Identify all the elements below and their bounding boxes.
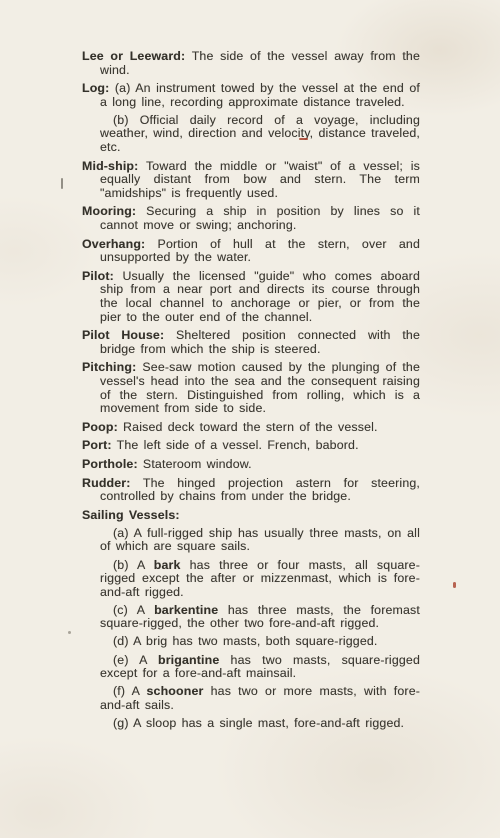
glossary-term: Pilot: [82, 269, 114, 283]
glossary-sub-item: (b) A bark has three or four masts, all … [100, 559, 420, 600]
glossary-entry: Mooring: Securing a ship in position by … [82, 205, 420, 232]
glossary-term: Sailing Vessels: [82, 508, 180, 522]
glossary-definition: Stateroom window. [138, 457, 252, 471]
glossary-definition: Toward the middle or "waist" of a vessel… [100, 159, 420, 200]
glossary-entry-lead: Mid-ship: Toward the middle or "waist" o… [100, 160, 420, 201]
glossary-term: Mooring: [82, 204, 136, 218]
glossary-entry-lead: Log: (a) An instrument towed by the vess… [100, 82, 420, 109]
glossary-entry-lead: Port: The left side of a vessel. French,… [100, 439, 420, 453]
glossary-term: Port: [82, 438, 112, 452]
glossary-entry: Sailing Vessels: (a) A full-rigged ship … [82, 509, 420, 731]
glossary-entry: Overhang: Portion of hull at the stern, … [82, 238, 420, 265]
ink-dot [68, 631, 71, 634]
glossary-entry: Pilot: Usually the licensed "guide" who … [82, 270, 420, 324]
glossary-term: Overhang: [82, 237, 145, 251]
glossary-entry-lead: Rudder: The hinged projection astern for… [100, 477, 420, 504]
glossary-term: Poop: [82, 420, 118, 434]
glossary-term: Pitching: [82, 360, 136, 374]
glossary-definition: Portion of hull at the stern, over and u… [100, 237, 420, 265]
glossary-entry: Porthole: Stateroom window. [82, 458, 420, 472]
red-speck [453, 582, 456, 588]
glossary-definition: Raised deck toward the stern of the vess… [118, 420, 378, 434]
glossary-text-block: Lee or Leeward: The side of the vessel a… [82, 50, 420, 736]
glossary-sub-item: (e) A brigantine has two masts, square-r… [100, 654, 420, 681]
glossary-definition: The hinged projection astern for steerin… [100, 476, 420, 504]
glossary-entry: Port: The left side of a vessel. French,… [82, 439, 420, 453]
ink-mark [61, 178, 63, 189]
glossary-entry: Rudder: The hinged projection astern for… [82, 477, 420, 504]
glossary-term: Porthole: [82, 457, 138, 471]
glossary-definition: See-saw motion caused by the plunging of… [100, 360, 420, 415]
glossary-entry: Pilot House: Sheltered position connecte… [82, 329, 420, 356]
glossary-entry-lead: Mooring: Securing a ship in position by … [100, 205, 420, 232]
glossary-entry: Pitching: See-saw motion caused by the p… [82, 361, 420, 415]
glossary-entry-lead: Pilot House: Sheltered position connecte… [100, 329, 420, 356]
glossary-sub-item: (d) A brig has two masts, both square-ri… [100, 635, 420, 649]
glossary-sub-item: (a) A full-rigged ship has usually three… [100, 527, 420, 554]
glossary-entry: Mid-ship: Toward the middle or "waist" o… [82, 160, 420, 201]
glossary-entry-lead: Lee or Leeward: The side of the vessel a… [100, 50, 420, 77]
scanned-glossary-page: { "page": { "colors": { "paper": "#f2eee… [0, 0, 500, 838]
red-underline-mark [299, 138, 308, 140]
glossary-sub-item: (f) A schooner has two or more masts, wi… [100, 685, 420, 712]
glossary-definition: Usually the licensed "guide" who comes a… [100, 269, 420, 324]
glossary-entry-lead: Porthole: Stateroom window. [100, 458, 420, 472]
glossary-entry-lead: Poop: Raised deck toward the stern of th… [100, 421, 420, 435]
glossary-term: Log: [82, 81, 109, 95]
glossary-entry: Lee or Leeward: The side of the vessel a… [82, 50, 420, 77]
glossary-term: Pilot House: [82, 328, 164, 342]
glossary-sub-item: (b) Official daily record of a voyage, i… [100, 114, 420, 155]
glossary-entry: Poop: Raised deck toward the stern of th… [82, 421, 420, 435]
glossary-definition: (a) An instrument towed by the vessel at… [100, 81, 420, 109]
glossary-term: Mid-ship: [82, 159, 138, 173]
glossary-term: Rudder: [82, 476, 131, 490]
glossary-term: Lee or Leeward: [82, 49, 185, 63]
glossary-definition: The left side of a vessel. French, babor… [112, 438, 359, 452]
glossary-entry-lead: Overhang: Portion of hull at the stern, … [100, 238, 420, 265]
glossary-definition: Securing a ship in position by lines so … [100, 204, 420, 232]
glossary-entry: Log: (a) An instrument towed by the vess… [82, 82, 420, 154]
glossary-sub-item: (g) A sloop has a single mast, fore-and-… [100, 717, 420, 731]
glossary-entry-lead: Pilot: Usually the licensed "guide" who … [100, 270, 420, 324]
glossary-entry-lead: Sailing Vessels: [100, 509, 420, 523]
glossary-sub-item: (c) A barkentine has three masts, the fo… [100, 604, 420, 631]
glossary-entry-lead: Pitching: See-saw motion caused by the p… [100, 361, 420, 415]
